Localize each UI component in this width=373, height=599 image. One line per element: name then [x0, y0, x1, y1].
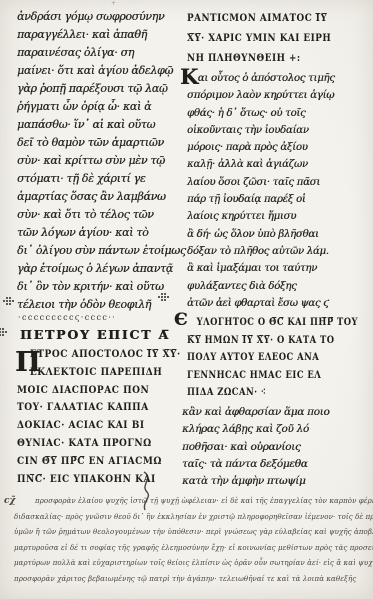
text-line: ΠΟΛΥ ΑΥΤΟΥ ΕΛΕΟϹ ΑΝΑ [187, 349, 352, 367]
text-line: πάρ τῇ ἰουδαίᾳ παρέξ οἱ [187, 191, 358, 208]
text-line: δόξαν τὸ πλῆθος αὐτῶν λάμ. [187, 243, 358, 260]
book-title: ΠΕΤΡΟΥ ΕΠΙϹΤ Α̅ [20, 327, 170, 342]
text-line: μαρτυροῦσα εἰ δέ τι σοφίας τῆς γραφῆς ἐλ… [14, 541, 370, 557]
text-line: μαπάσθω· ἵν᾽ αἱ καὶ οὕτω [17, 116, 175, 134]
text-line: ΜΟΙϹ ΔΙΑϹΠΟΡΑϹ ΠΟΝ [17, 382, 168, 400]
text-line: ὑμῶν ἢ τῶν ῥημάτων θεολογουμένων τὴν ὑπό… [14, 525, 370, 541]
drop-initial-epsilon: Є [174, 312, 188, 329]
right-commentary-upper-block: αι οὗτος ὁ ἀπόστολος τιμῆςσπόριμον λαὸν … [187, 70, 358, 312]
text-line: φθάς· ἡ δ᾽ ὅτως· οὐ τοῖς [187, 105, 358, 122]
text-line: σὺν· καὶ κρίττω σὺν μὲν τῷ [17, 152, 175, 170]
text-line: παραγγέλλει· καὶ ἁπαθῆ [17, 26, 175, 44]
text-line: διδασκαλίας· πρὸς γνῶσιν θεοῦ δι᾽ ἣν ἐκκ… [14, 510, 370, 526]
text-line: ϹΙΝ Θ̅Υ̅ ΠΡ̅Ϲ̅ ΕΝ ΑΓΙΑϹΜΩ [17, 453, 168, 471]
text-line: σὺν· καὶ ὅτι τὸ τέλος τῶν [17, 206, 175, 224]
text-line: κλήρας λάβῃς καὶ ζοῦ λό [182, 421, 358, 438]
text-line: ΔΟΚΙΑϹ· ΑϹΙΑϹ ΚΑΙ ΒΙ [17, 417, 168, 435]
text-line: ποθῆσαι· καὶ οὐρανίοις [182, 439, 358, 456]
top-margin-mark: + [111, 0, 116, 7]
text-line: ταῖς· τὰ πάντα δεξόμεθα [182, 456, 358, 473]
right-uncial-doxology-block: ΥΛΟΓΗΤΟϹ Ο Θ̅Ϲ̅ ΚΑΙ ΠΗ̅Ρ̅ ΤΟΥΚ̅Υ̅ ΗΜΩΝ Ι… [187, 314, 352, 402]
text-line: προσφορὰν χάριτος βεβαιωμένης τῷ πατρὶ τ… [14, 572, 370, 588]
manuscript-page: + ἀνδράσι γόμῳ σωφροσύνηνπαραγγέλλει· κα… [0, 0, 373, 599]
text-line: Κ̅Υ̅ ΗΜΩΝ Ι̅Υ̅ Χ̅Υ̅· Ο ΚΑΤΑ ΤΟ [187, 332, 352, 350]
text-line: ΓΕΝΝΗϹΑϹ ΗΜΑϹ ΕΙϹ ΕΛ [187, 367, 352, 385]
text-line: Χ̅Υ̅· ΧΑΡΙϹ ΥΜΙΝ ΚΑΙ ΕΙΡΗ [187, 28, 352, 48]
text-line: παραινέσας ὀλίγα· ση [17, 44, 175, 62]
text-line: ΤΟΥ· ΓΑΛΑΤΙΑϹ ΚΑΠΠΑ [17, 399, 168, 417]
text-line: ἀνδράσι γόμῳ σωφροσύνην [17, 8, 175, 26]
text-line: ΝΗ ΠΛΗΘΥΝΘΕΙΗ +: [187, 48, 352, 68]
text-line: μαίνει· ὅτι καὶ ἁγίου ἀδελφῷ [17, 62, 175, 80]
text-line: ἁμαρτίας ὅσας ἂν λαμβάνω [17, 188, 175, 206]
text-line: ΕΤΡΟϹ ΑΠΟϹΤΟΛΟϹ Ι̅Υ̅ Χ̅Υ̅· [17, 346, 168, 364]
text-line: ἃ δή· ὡς ὅλον ὑπὸ βλῆσθαι [187, 226, 358, 243]
text-line: δι᾽ ὀλίγου σὺν πάντων ἑτοίμως [17, 242, 175, 260]
text-line: ἃ καὶ ἱμαξάμαι τοι ταύτην [187, 260, 358, 277]
right-commentary-lower-block: κἂν καὶ ἀφθαρσίαν ἅμα ποιοκλήρας λάβῃς κ… [182, 404, 358, 490]
text-line: ΠΙΔΑ ΖΩϹΑΝ· ⁖ [187, 384, 352, 402]
text-line: λαίοις κηρύττει ἥμισυ [187, 208, 358, 225]
margin-ornament-dots [3, 300, 5, 302]
text-line: οἰκοῦνταις τὴν ἰουδαίαν [187, 122, 358, 139]
left-uncial-block: ΕΤΡΟϹ ΑΠΟϹΤΟΛΟϹ Ι̅Υ̅ Χ̅Υ̅·ΕΚΛΕΚΤΟΙϹ ΠΑΡΕ… [17, 346, 168, 488]
text-line: καλῇ· ἀλλὰ καὶ ἁγιάζων [187, 156, 358, 173]
text-line: ἀτῶν ἀεὶ φθαρταὶ ἔσω ψας ϛ [187, 295, 358, 312]
foot-scholia-block: προσφορὰν ἐλαίου ψυχῆς ἱστῶ τῇ ψυχῇ ὠφέλ… [14, 494, 370, 588]
text-line: τῶν λόγων ἁγίου· καὶ τὸ [17, 224, 175, 242]
text-line: λαίου ὅσοι ζῶσι· ταῖς πᾶσι [187, 174, 358, 191]
right-uncial-opening-block: ΡΑΝΤΙϹΜΟΝ ΑΙΜΑΤΟϹ Ι̅Υ̅Χ̅Υ̅· ΧΑΡΙϹ ΥΜΙΝ Κ… [187, 8, 352, 68]
text-line: ῥήγματι ὧν ὁρίᾳ ὦ· καὶ ἀ [17, 98, 175, 116]
text-line: ΥΛΟΓΗΤΟϹ Ο Θ̅Ϲ̅ ΚΑΙ ΠΗ̅Ρ̅ ΤΟΥ [187, 314, 352, 332]
text-line: στόματι· τῇ δὲ χάριτί γε [17, 170, 175, 188]
text-line: γὰρ ῥοπῇ παρέξουσι τῷ λαῷ [17, 80, 175, 98]
text-line: γὰρ ἑτοίμως ὁ λέγων ἀπαντᾷ [17, 260, 175, 278]
text-line: ΘΥΝΙΑϹ· ΚΑΤΑ ΠΡΟΓΝΩ [17, 435, 168, 453]
left-commentary-block: ἀνδράσι γόμῳ σωφροσύνηνπαραγγέλλει· καὶ … [17, 8, 175, 314]
text-line: ΡΑΝΤΙϹΜΟΝ ΑΙΜΑΤΟϹ Ι̅Υ̅ [187, 8, 352, 28]
text-line: ΕΚΛΕΚΤΟΙϹ ΠΑΡΕΠΙΔΗ [17, 364, 168, 382]
text-line: τέλειοι τὴν ὁδὸν θεοφιλῆ [17, 296, 175, 314]
text-line: σπόριμον λαὸν κηρύττει ἁγίῳ [187, 87, 358, 104]
margin-ornament-dots [158, 296, 160, 298]
text-line: μόροις· παρὰ πρὸς ἀξίου [187, 139, 358, 156]
text-line: κἂν καὶ ἀφθαρσίαν ἅμα ποιο [182, 404, 358, 421]
text-line: αι οὗτος ὁ ἀπόστολος τιμῆς [187, 70, 358, 87]
text-line: δεῖ τὸ θαμὸν τῶν ἁμαρτιῶν [17, 134, 175, 152]
text-line: δι᾽ ὃν τὸν κριτήν· καὶ οὕτω [17, 278, 175, 296]
text-line: προσφορὰν ἐλαίου ψυχῆς ἱστῶ τῇ ψυχῇ ὠφέλ… [14, 494, 370, 510]
text-line: φυλάξαντες διὰ δόξης [187, 278, 358, 295]
text-line: μαρτύρων πολλὰ καὶ εὐχαριστηρίων τοῖς θε… [14, 556, 370, 572]
section-divider: ·ϲϲϲϲϲϲϲϲϲϛ·ϲϲϲϲ·· [18, 313, 116, 322]
text-line: κατὰ τὴν ἀμφὴν πτωψίμ [182, 473, 358, 490]
